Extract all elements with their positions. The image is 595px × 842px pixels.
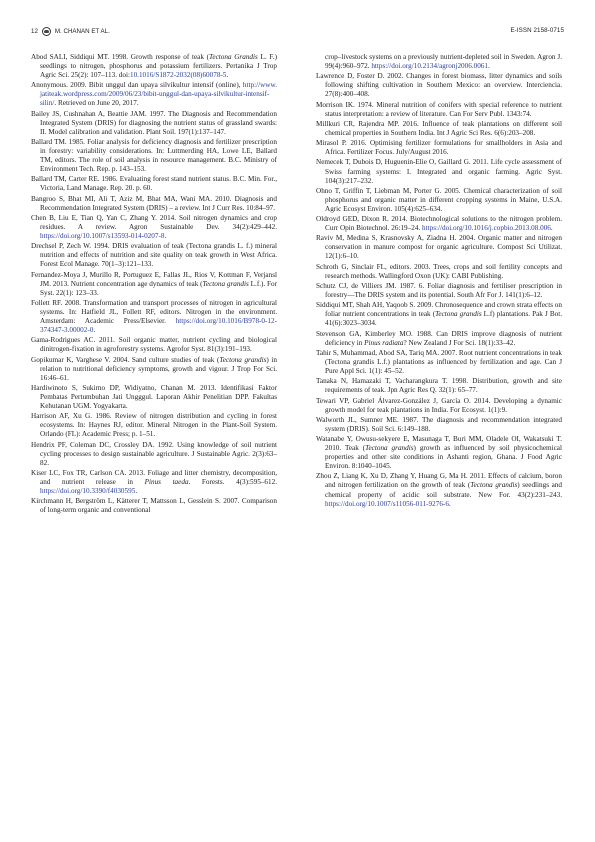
reference-entry: Stevenson GA, Kimberley MO. 1988. Can DR… xyxy=(316,330,562,348)
reference-text: Ohno T, Griffin T, Liebman M, Porter G. … xyxy=(316,187,562,213)
doi-link[interactable]: https://doi.org/10.1007/s13593-014-0207-… xyxy=(40,232,164,240)
running-header: 12 M. CHANAN ET AL. E-ISSN 2158-0715 xyxy=(31,27,564,39)
reference-text: Drechsel P, Zech W. 1994. DRIS evaluatio… xyxy=(31,242,277,268)
reference-entry: Hardiwinoto S, Sukirno DP, Widiyatno, Ch… xyxy=(31,384,277,411)
references-column-right: crop–livestock systems on a previously n… xyxy=(316,53,562,510)
reference-text: . xyxy=(226,71,228,79)
reference-entry: Kirchmann H, Bergström L, Kätterer T, Ma… xyxy=(31,497,277,515)
reference-entry: Schutz CJ, de Villiers JM. 1987. 6. Foli… xyxy=(316,282,562,300)
reference-entry: Ballard TM. 1985. Foliar analysis for de… xyxy=(31,138,277,174)
reference-text: Schutz CJ, de Villiers JM. 1987. 6. Foli… xyxy=(316,282,562,299)
reference-text: . xyxy=(488,62,490,70)
reference-text: Bangroo S, Bhat MI, Ali T, Aziz M, Bhat … xyxy=(31,195,277,212)
reference-text: . xyxy=(449,500,451,508)
doi-link[interactable]: https://doi.org/10.3390/f4030595 xyxy=(40,487,135,495)
reference-entry: Drechsel P, Zech W. 1994. DRIS evaluatio… xyxy=(31,242,277,269)
page-number: 12 xyxy=(31,28,38,35)
reference-text: Raviv M, Medina S, Krasnovsky A, Ziadna … xyxy=(316,234,562,260)
reference-entry: Schroth G, Sinclair FL, editors. 2003. T… xyxy=(316,263,562,281)
reference-entry: Tanaka N, Hamazaki T, Vacharangkura T. 1… xyxy=(316,377,562,395)
reference-text: Gama-Rodrigues AC. 2011. Soil organic ma… xyxy=(31,336,277,353)
reference-entry: Hendrix PF, Coleman DC, Crossley DA. 199… xyxy=(31,441,277,468)
reference-text: Walworth JL, Sumner ME. 1987. The diagno… xyxy=(316,416,562,433)
reference-text: . xyxy=(164,232,166,240)
doi-link[interactable]: 10.1016/S1872-2032(08)60078-5 xyxy=(130,71,226,79)
reference-text: Ballard TM. 1985. Foliar analysis for de… xyxy=(31,138,277,173)
issn: E-ISSN 2158-0715 xyxy=(510,27,564,34)
reference-text: Chen B, Liu E, Tian Q, Yan C, Zhang Y. 2… xyxy=(31,214,277,231)
reference-entry: Gama-Rodrigues AC. 2011. Soil organic ma… xyxy=(31,336,277,354)
reference-text: Hendrix PF, Coleman DC, Crossley DA. 199… xyxy=(31,441,277,467)
reference-entry: crop–livestock systems on a previously n… xyxy=(316,53,562,71)
reference-text: Millkuri CR, Rajendra MP. 2016. Influenc… xyxy=(316,120,562,137)
reference-entry: Anonymous. 2009. Bibit unggul dan upaya … xyxy=(31,81,277,108)
reference-entry: Oldroyd GED, Dixon R. 2014. Biotechnolog… xyxy=(316,215,562,233)
reference-text: Ballard TM, Carter RE. 1986. Evaluating … xyxy=(31,175,277,192)
reference-entry: Raviv M, Medina S, Krasnovsky A, Ziadna … xyxy=(316,234,562,261)
reference-entry: Abod SALI, Siddiqui MT. 1998. Growth res… xyxy=(31,53,277,80)
reference-text: Tewari VP, Gabriel Álvarez-González J, G… xyxy=(316,397,562,414)
reference-entry: Bailey JS, Cushnahan A, Beattie JAM. 199… xyxy=(31,110,277,137)
reference-text: . xyxy=(135,487,137,495)
reference-text: Bailey JS, Cushnahan A, Beattie JAM. 199… xyxy=(31,110,277,136)
page: 12 M. CHANAN ET AL. E-ISSN 2158-0715 Abo… xyxy=(0,0,595,842)
reference-entry: Tahir S, Muhammad, Abod SA, Tariq MA. 20… xyxy=(316,349,562,376)
reference-text: Tanaka N, Hamazaki T, Vacharangkura T. 1… xyxy=(316,377,562,394)
species-name: Tectona grandis xyxy=(219,356,266,364)
reference-entry: Siddiqui MT, Shah AH, Yaqoob S. 2009. Ch… xyxy=(316,301,562,328)
species-name: Tectona grandis xyxy=(470,481,517,489)
reference-text: Kirchmann H, Bergström L, Kätterer T, Ma… xyxy=(31,497,277,514)
reference-entry: Kiser LC, Fox TR, Carlson CA. 2013. Foli… xyxy=(31,469,277,496)
reference-text: . xyxy=(551,224,553,232)
reference-entry: Bangroo S, Bhat MI, Ali T, Aziz M, Bhat … xyxy=(31,195,277,213)
reference-text: Mirasol P. 2016. Optimising fertilizer f… xyxy=(316,139,562,156)
reference-entry: Walworth JL, Sumner ME. 1987. The diagno… xyxy=(316,416,562,434)
running-authors: M. CHANAN ET AL. xyxy=(55,28,110,35)
reference-entry: Morrison IK. 1974. Mineral nutrition of … xyxy=(316,101,562,119)
species-name: Tectona grandis xyxy=(435,310,482,318)
reference-entry: Lawrence D, Foster D. 2002. Changes in f… xyxy=(316,72,562,99)
publisher-logo-icon xyxy=(42,27,51,36)
references-column-left: Abod SALI, Siddiqui MT. 1998. Growth res… xyxy=(31,53,277,516)
reference-entry: Millkuri CR, Rajendra MP. 2016. Influenc… xyxy=(316,120,562,138)
header-left: 12 M. CHANAN ET AL. xyxy=(31,27,110,36)
reference-entry: Ballard TM, Carter RE. 1986. Evaluating … xyxy=(31,175,277,193)
reference-entry: Fernandez-Moya J, Murillo R, Portuguez E… xyxy=(31,271,277,298)
reference-text: ? New Zealand J For Sci. 18(1):33–42. xyxy=(403,339,515,347)
reference-text: Schroth G, Sinclair FL, editors. 2003. T… xyxy=(316,263,562,280)
reference-entry: Mirasol P. 2016. Optimising fertilizer f… xyxy=(316,139,562,157)
reference-text: Hardiwinoto S, Sukirno DP, Widiyatno, Ch… xyxy=(31,384,277,410)
reference-entry: Zhou Z, Liang K, Xu D, Zhang Y, Huang G,… xyxy=(316,472,562,508)
doi-link[interactable]: https://doi.org/10.2134/agronj2006.0061 xyxy=(371,62,488,70)
reference-text: Lawrence D, Foster D. 2002. Changes in f… xyxy=(316,72,562,98)
reference-entry: Watanabe Y, Owusu-sekyere E, Masunaga T,… xyxy=(316,435,562,471)
reference-text: Nemecek T, Dubois D, Huguenin-Elie O, Ga… xyxy=(316,158,562,184)
reference-text: . Forests. 4(3):595–612. xyxy=(189,478,277,486)
reference-entry: Harrison AF, Xu G. 1986. Review of nitro… xyxy=(31,412,277,439)
reference-entry: Tewari VP, Gabriel Álvarez-González J, G… xyxy=(316,397,562,415)
doi-link[interactable]: https://doi.org/10.1016/j.copbio.2013.08… xyxy=(422,224,551,232)
reference-text: . xyxy=(93,326,95,334)
species-name: Pinus taeda xyxy=(145,478,189,486)
reference-text: Gopikumar K, Varghese V. 2004. Sand cult… xyxy=(31,356,219,364)
reference-entry: Gopikumar K, Varghese V. 2004. Sand cult… xyxy=(31,356,277,383)
reference-text: . Retrieved on June 20, 2017. xyxy=(54,99,138,107)
species-name: Tectona grandis xyxy=(365,444,413,452)
reference-entry: Chen B, Liu E, Tian Q, Yan C, Zhang Y. 2… xyxy=(31,214,277,241)
reference-text: Tahir S, Muhammad, Abod SA, Tariq MA. 20… xyxy=(316,349,562,375)
reference-text: Harrison AF, Xu G. 1986. Review of nitro… xyxy=(31,412,277,438)
species-name: Tectona grandis xyxy=(203,280,249,288)
reference-entry: Follett RF. 2008. Transformation and tra… xyxy=(31,299,277,335)
species-name: Tectona Grandis xyxy=(209,53,258,61)
reference-text: Morrison IK. 1974. Mineral nutrition of … xyxy=(316,101,562,118)
doi-link[interactable]: https://doi.org/10.1007/s11056-011-9276-… xyxy=(325,500,449,508)
reference-entry: Nemecek T, Dubois D, Huguenin-Elie O, Ga… xyxy=(316,158,562,185)
reference-entry: Ohno T, Griffin T, Liebman M, Porter G. … xyxy=(316,187,562,214)
reference-text: Anonymous. 2009. Bibit unggul dan upaya … xyxy=(31,81,243,89)
reference-text: Abod SALI, Siddiqui MT. 1998. Growth res… xyxy=(31,53,209,61)
species-name: Pinus radiata xyxy=(364,339,403,347)
